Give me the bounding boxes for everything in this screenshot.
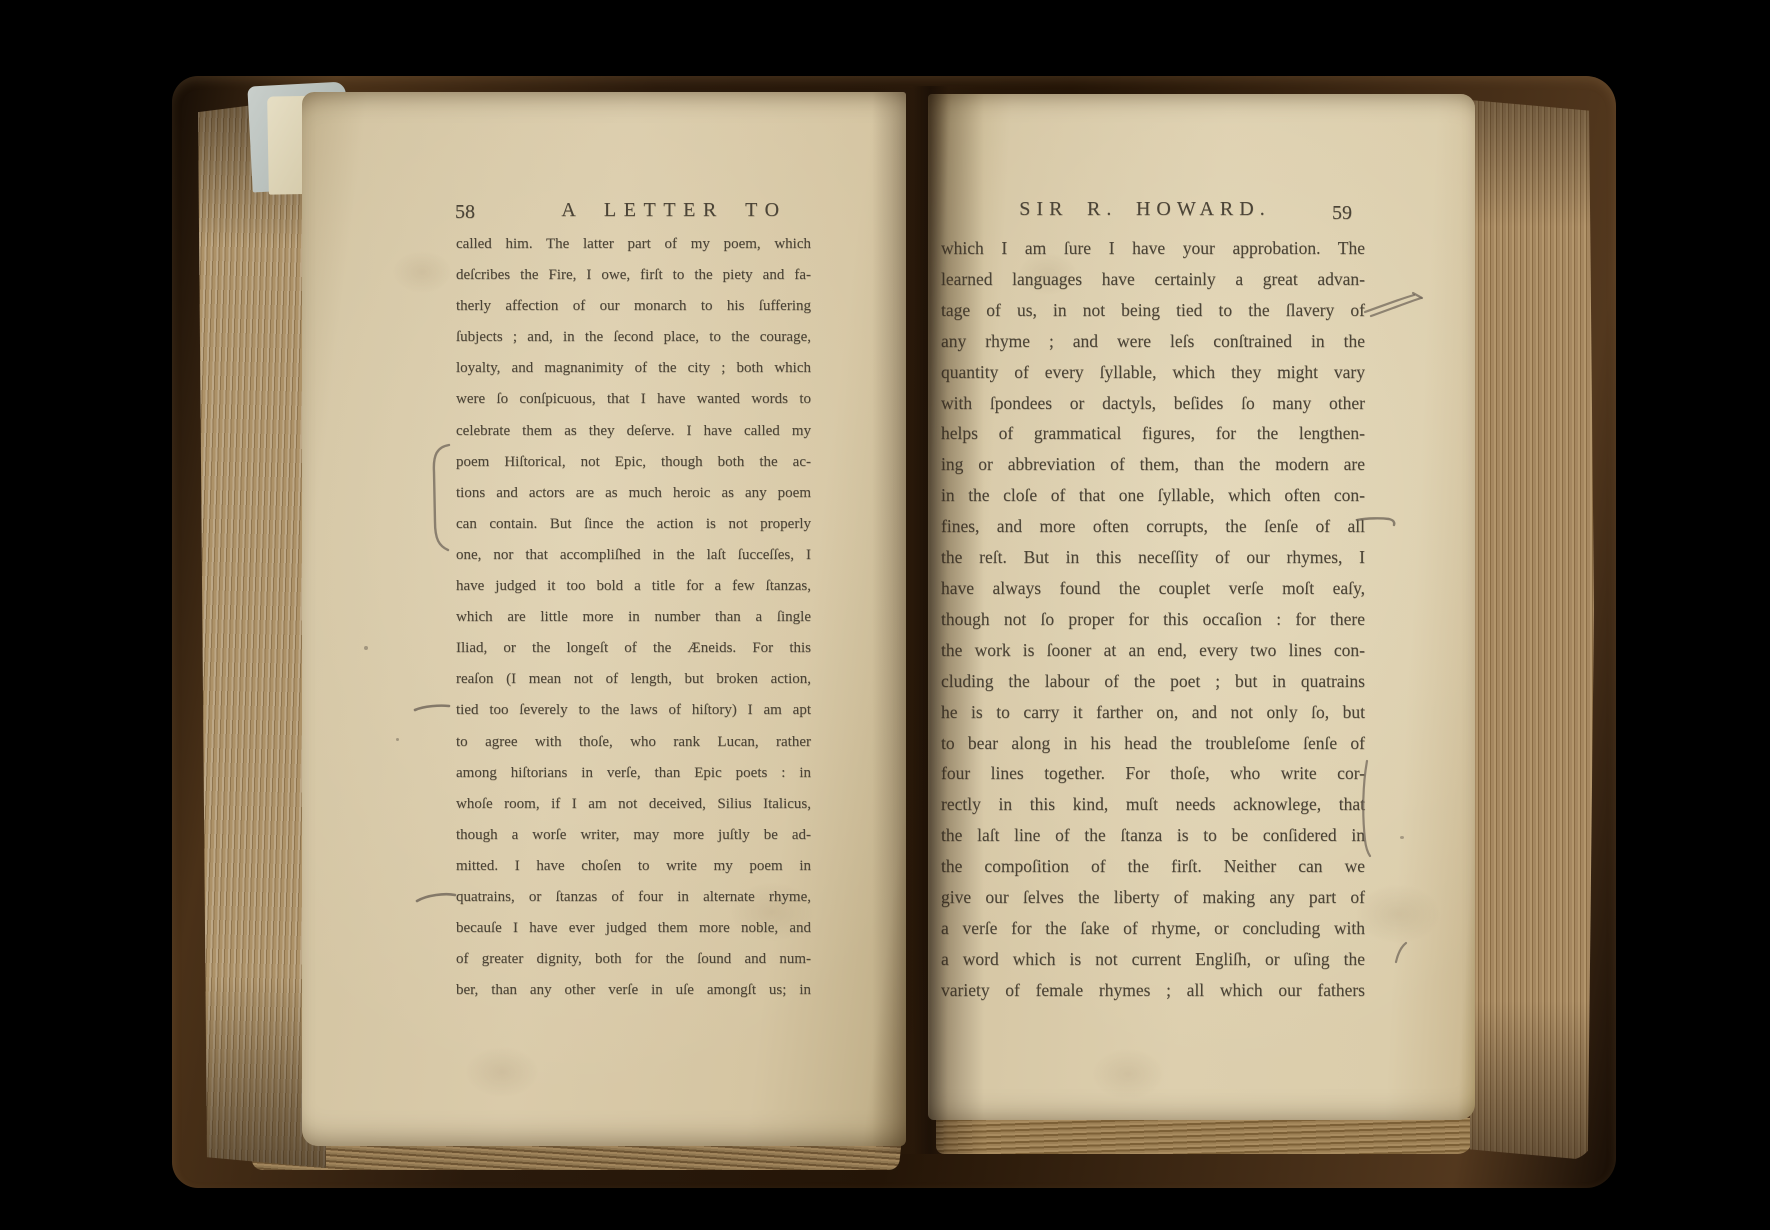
text-line: fines, and more often corrupts, the ſenſ… [941, 511, 1365, 542]
text-line: a word which is not current Engliſh, or … [941, 944, 1365, 975]
text-line: any rhyme ; and were leſs conſtrained in… [941, 326, 1365, 357]
text-line: quatrains, or ſtanzas of four in alterna… [456, 882, 811, 913]
text-line: a verſe for the ſake of rhyme, or conclu… [941, 913, 1365, 944]
left-running-title: A LETTER TO [523, 199, 825, 222]
pen-dash-mark-1 [412, 700, 452, 721]
text-line: have judged it too bold a title for a fe… [456, 571, 811, 602]
text-line: the compoſition of the firſt. Neither ca… [941, 851, 1365, 882]
text-line: quantity of every ſyllable, which they m… [941, 357, 1365, 388]
text-line: tied too ſeverely to the laws of hiſtory… [456, 695, 811, 726]
text-line: ing or abbreviation of them, than the mo… [941, 449, 1365, 480]
pen-speck-right [1400, 836, 1404, 839]
text-line: one, nor that accompliſhed in the laſt ſ… [456, 540, 811, 571]
text-line: to bear along in his head the troubleſom… [941, 728, 1365, 759]
text-line: mitted. I have choſen to write my poem i… [456, 851, 811, 882]
text-line: tions and actors are as much heroic as a… [456, 478, 811, 509]
text-line: though a worſe writer, may more juſtly b… [456, 820, 811, 851]
pen-bracket-mark [428, 442, 454, 559]
text-line: give our ſelves the liberty of making an… [941, 882, 1365, 913]
text-line: cluding the labour of the poet ; but in … [941, 666, 1365, 697]
text-line: therly affection of our monarch to his ſ… [456, 291, 811, 322]
pen-speck-left-2 [396, 738, 399, 741]
text-line: to agree with thoſe, who rank Lucan, rat… [456, 727, 811, 758]
text-line: ber, than any other verſe in uſe amongſt… [456, 975, 811, 1006]
text-line: variety of female rhymes ; all which our… [941, 975, 1365, 1006]
text-line: have always found the couplet verſe moſt… [941, 573, 1365, 604]
left-page-text: called him. The latter part of my poem, … [456, 229, 811, 1006]
right-page-text: which I am ſure I have your approbation.… [941, 233, 1365, 1006]
text-line: he is to carry it farther on, and not on… [941, 697, 1365, 728]
text-line: Iliad, or the longeſt of the Æneids. For… [456, 633, 811, 664]
photo-background: 58 A LETTER TO called him. The latter pa… [0, 0, 1770, 1230]
page-edges-bottom-right [936, 1118, 1472, 1154]
pen-dash-mark-right [1354, 512, 1398, 535]
page-edges-bottom-left [251, 1144, 902, 1170]
text-line: the reſt. But in this neceſſity of our r… [941, 542, 1365, 573]
text-line: which are little more in number than a ſ… [456, 602, 811, 633]
text-line: the work is ſooner at an end, every two … [941, 635, 1365, 666]
right-running-title: SIR R. HOWARD. [970, 198, 1320, 221]
text-line: though not ſo proper for this occaſion :… [941, 604, 1365, 635]
right-page-number: 59 [1332, 202, 1352, 225]
page-edges-right-stack [1470, 100, 1594, 1160]
left-page-number: 58 [455, 201, 475, 224]
text-line: ſubjects ; and, in the ſecond place, to … [456, 322, 811, 353]
text-line: poem Hiſtorical, not Epic, though both t… [456, 447, 811, 478]
text-line: helps of grammatical figures, for the le… [941, 418, 1365, 449]
text-line: whoſe room, if I am not deceived, Silius… [456, 789, 811, 820]
pen-vertical-line-mark [1358, 758, 1374, 865]
text-line: deſcribes the Fire, I owe, firſt to the … [456, 260, 811, 291]
text-line: learned languages have certainly a great… [941, 264, 1365, 295]
text-line: which I am ſure I have your approbation.… [941, 233, 1365, 264]
text-line: tage of us, in not being tied to the ſla… [941, 295, 1365, 326]
text-line: can contain. But ſince the action is not… [456, 509, 811, 540]
text-line: celebrate them as they deſerve. I have c… [456, 416, 811, 447]
text-line: called him. The latter part of my poem, … [456, 229, 811, 260]
text-line: of greater dignity, both for the ſound a… [456, 944, 811, 975]
text-line: the laſt line of the ſtanza is to be con… [941, 820, 1365, 851]
pen-flourish-arrow-mark [1362, 290, 1426, 325]
text-line: among hiſtorians in verſe, than Epic poe… [456, 758, 811, 789]
text-line: loyalty, and magnanimity of the city ; b… [456, 353, 811, 384]
text-line: with ſpondees or dactyls, beſides ſo man… [941, 388, 1365, 419]
pen-tick-mark [1392, 940, 1410, 971]
text-line: four lines together. For thoſe, who writ… [941, 758, 1365, 789]
pen-dash-mark-2 [414, 888, 458, 911]
text-line: rectly in this kind, muſt needs acknowle… [941, 789, 1365, 820]
text-line: in the cloſe of that one ſyllable, which… [941, 480, 1365, 511]
pen-speck-left-1 [364, 646, 368, 650]
text-line: becauſe I have ever judged them more nob… [456, 913, 811, 944]
text-line: reaſon (I mean not of length, but broken… [456, 664, 811, 695]
text-line: were ſo conſpicuous, that I have wanted … [456, 384, 811, 415]
